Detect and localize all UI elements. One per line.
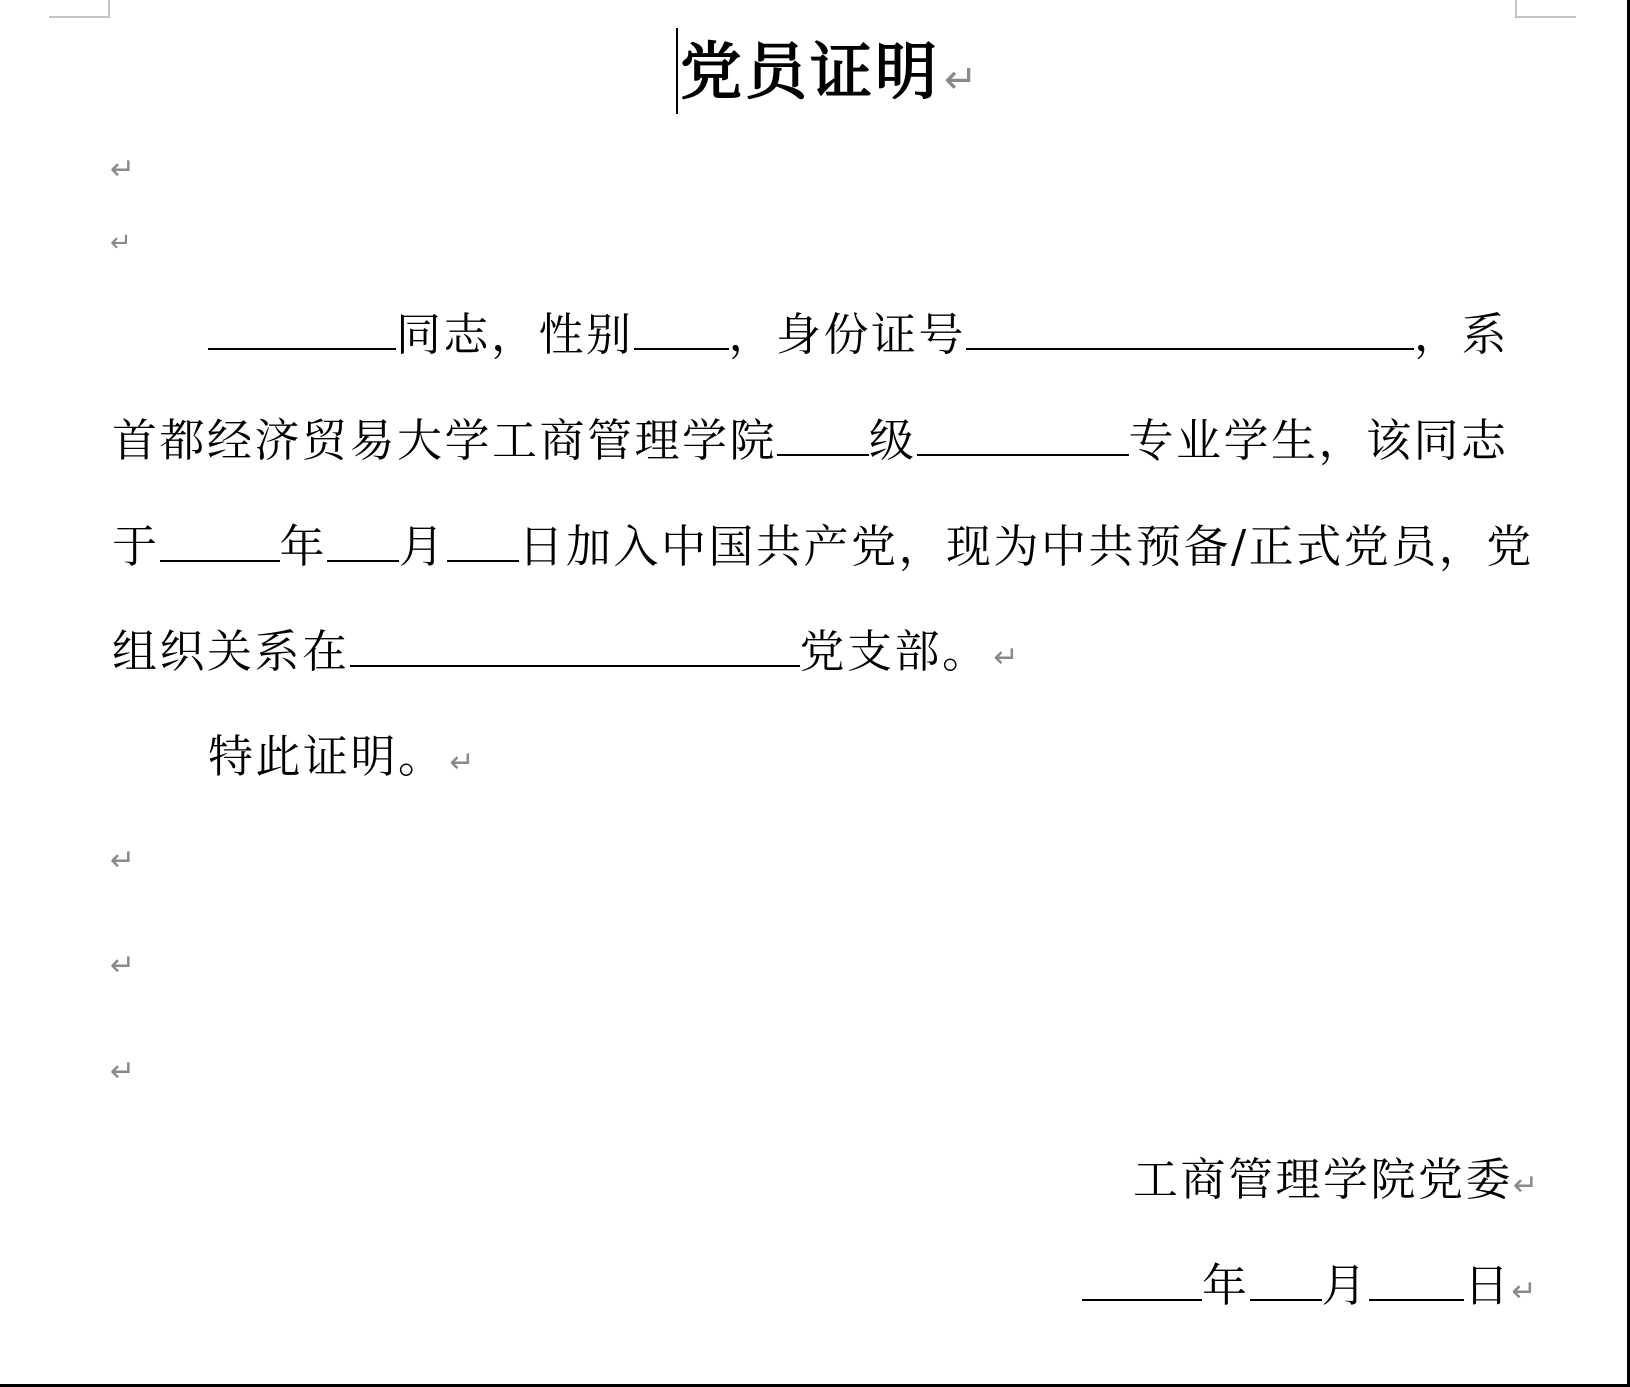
body-line-3[interactable]: 于年月日加入中国共产党，现为中共预备/正式党员，党 (112, 517, 1534, 577)
blank-name-field[interactable] (208, 308, 396, 350)
text-month: 月 (399, 520, 447, 573)
blank-party-branch-field[interactable] (350, 625, 800, 667)
blank-major-field[interactable] (917, 414, 1129, 456)
title-text: 党员证明 (680, 35, 940, 108)
text-university-college: 首都经济贸易大学工商管理学院 (112, 414, 777, 467)
document-page[interactable]: 党员证明↵ ↵ ↵ 同志，性别，身份证号，系 首都经济贸易大学工商管理学院级专业… (0, 0, 1630, 1387)
paragraph-mark-icon: ↵ (110, 843, 135, 878)
text-major-student: 专业学生，该同志 (1129, 414, 1509, 467)
text-year: 年 (280, 520, 328, 573)
text-party-branch: 党支部。 (800, 625, 990, 678)
closing-line[interactable]: 特此证明。↵ (208, 727, 475, 793)
paragraph-mark-icon: ↵ (110, 1054, 135, 1089)
paragraph-mark-icon: ↵ (1513, 1168, 1538, 1203)
blank-sign-year-field[interactable] (1082, 1259, 1202, 1301)
paragraph-mark-icon: ↵ (110, 152, 135, 187)
text-year: 年 (1202, 1259, 1250, 1312)
text-org-relation: 组织关系在 (112, 625, 350, 678)
paragraph-mark-icon: ↵ (450, 745, 475, 780)
blank-grade-field[interactable] (777, 414, 869, 456)
text-joined-party: 日加入中国共产党，现为中共预备/正式党员，党 (519, 520, 1534, 573)
blank-id-number-field[interactable] (966, 308, 1414, 350)
text-comrade-gender: 同志，性别 (396, 308, 634, 361)
text-id-number: ，身份证号 (729, 308, 967, 361)
signature-text: 工商管理学院党委 (1133, 1153, 1513, 1206)
signature-line[interactable]: 工商管理学院党委↵ (1133, 1150, 1538, 1216)
body-line-2[interactable]: 首都经济贸易大学工商管理学院级专业学生，该同志 (112, 411, 1509, 471)
date-line[interactable]: 年月日↵ (1082, 1256, 1537, 1322)
margin-corner-mark-top-left (49, 0, 110, 18)
text-on: 于 (112, 520, 160, 573)
blank-sign-month-field[interactable] (1250, 1259, 1322, 1301)
paragraph-mark-icon: ↵ (944, 57, 978, 103)
blank-gender-field[interactable] (634, 308, 729, 350)
document-title[interactable]: 党员证明↵ (680, 30, 978, 122)
paragraph-mark-icon: ↵ (110, 228, 132, 258)
blank-join-month-field[interactable] (327, 520, 399, 562)
body-line-1[interactable]: 同志，性别，身份证号，系 (208, 305, 1509, 365)
paragraph-mark-icon: ↵ (1512, 1274, 1537, 1309)
text-cursor (676, 28, 678, 114)
margin-corner-mark-top-right (1515, 0, 1576, 18)
text-is: ，系 (1414, 308, 1509, 361)
blank-join-day-field[interactable] (447, 520, 519, 562)
text-day: 日 (1464, 1259, 1512, 1312)
paragraph-mark-icon: ↵ (110, 948, 135, 983)
blank-join-year-field[interactable] (160, 520, 280, 562)
text-month: 月 (1322, 1259, 1370, 1312)
paragraph-mark-icon: ↵ (994, 640, 1019, 675)
text-grade: 级 (869, 414, 917, 467)
closing-text: 特此证明。 (208, 730, 446, 783)
body-line-4[interactable]: 组织关系在党支部。↵ (112, 622, 1019, 688)
blank-sign-day-field[interactable] (1369, 1259, 1464, 1301)
